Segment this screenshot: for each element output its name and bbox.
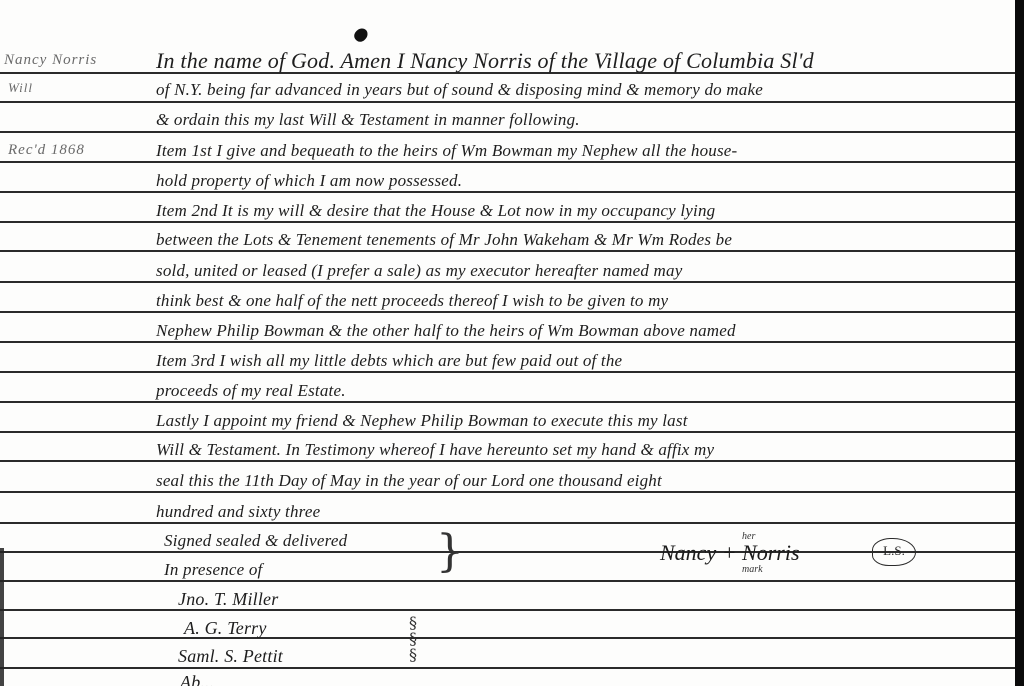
ruled-line — [0, 431, 1015, 433]
margin-note-recorded: Rec'd 1868 — [8, 142, 85, 159]
will-line-1: In the name of God. Amen I Nancy Norris … — [156, 48, 814, 74]
ink-blot — [352, 26, 370, 44]
will-line-2: of N.Y. being far advanced in years but … — [156, 80, 763, 100]
ruled-line — [0, 580, 1015, 582]
ruled-line — [0, 191, 1015, 193]
scan-border — [1015, 0, 1024, 686]
document-page: Nancy Norris Will Rec'd 1868 In the name… — [0, 0, 1015, 686]
will-line-5: hold property of which I am now possesse… — [156, 171, 462, 191]
ruled-line — [0, 460, 1015, 462]
ruled-line — [0, 551, 1015, 553]
ruled-line — [0, 609, 1015, 611]
witness-1: Jno. T. Miller — [178, 589, 278, 610]
attestation-brace: } — [436, 530, 464, 574]
attestation-signed: Signed sealed & delivered — [164, 531, 347, 551]
will-line-3: & ordain this my last Will & Testament i… — [156, 110, 580, 130]
will-line-4: Item 1st I give and bequeath to the heir… — [156, 141, 737, 161]
ruled-line — [0, 341, 1015, 343]
binding-edge — [0, 548, 4, 686]
will-line-13: Lastly I appoint my friend & Nephew Phil… — [156, 411, 688, 431]
witness-3: Saml. S. Pettit — [178, 646, 283, 667]
ruled-line — [0, 491, 1015, 493]
witness-seal-icon: §§§ — [405, 615, 421, 663]
ruled-line — [0, 667, 1015, 669]
seal-icon: L.S. — [872, 538, 916, 566]
will-line-15: seal this the 11th Day of May in the yea… — [156, 471, 662, 491]
ruled-line — [0, 401, 1015, 403]
ruled-line — [0, 371, 1015, 373]
margin-note-name: Nancy Norris — [4, 52, 97, 69]
witness-4-partial: Ab... — [180, 672, 215, 686]
ruled-line — [0, 221, 1015, 223]
will-line-6: Item 2nd It is my will & desire that the… — [156, 201, 715, 221]
ruled-line — [0, 250, 1015, 252]
will-line-10: Nephew Philip Bowman & the other half to… — [156, 321, 736, 341]
witness-2: A. G. Terry — [184, 618, 267, 639]
will-line-12: proceeds of my real Estate. — [156, 381, 346, 401]
ruled-line — [0, 311, 1015, 313]
ruled-line — [0, 101, 1015, 103]
will-line-9: think best & one half of the nett procee… — [156, 291, 668, 311]
will-line-11: Item 3rd I wish all my little debts whic… — [156, 351, 622, 371]
margin-note-will: Will — [8, 80, 33, 96]
ruled-line — [0, 131, 1015, 133]
ruled-line — [0, 161, 1015, 163]
will-line-16: hundred and sixty three — [156, 502, 320, 522]
attestation-presence: In presence of — [164, 560, 262, 580]
ruled-line — [0, 637, 1015, 639]
signature-mark: mark — [742, 564, 763, 575]
testator-signature: Nancy + Norris — [660, 540, 800, 566]
ruled-line — [0, 281, 1015, 283]
will-line-14: Will & Testament. In Testimony whereof I… — [156, 440, 714, 460]
ruled-line — [0, 522, 1015, 524]
will-line-7: between the Lots & Tenement tenements of… — [156, 230, 732, 250]
will-line-8: sold, united or leased (I prefer a sale)… — [156, 261, 682, 281]
